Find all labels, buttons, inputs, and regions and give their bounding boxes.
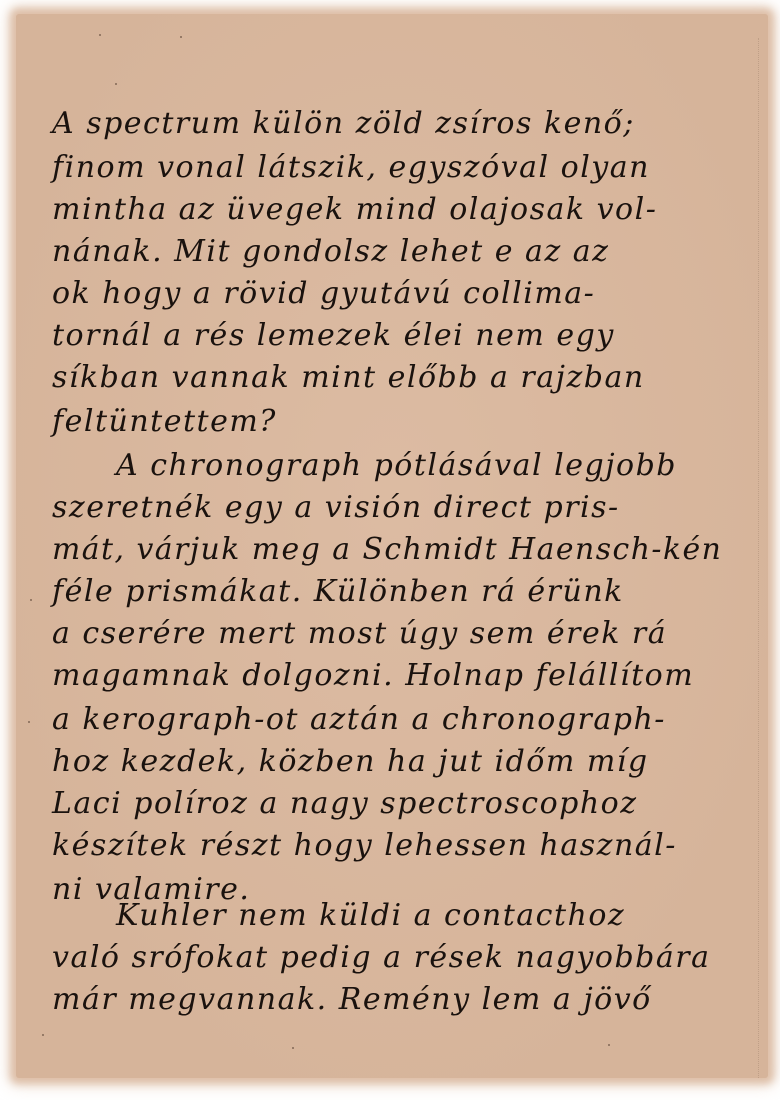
text-line: féle prismákat. Különben rá érünk	[52, 574, 624, 609]
text-line: mintha az üvegek mind olajosak vol-	[52, 192, 657, 227]
fold-line	[758, 38, 759, 1078]
ink-speck	[292, 1047, 294, 1049]
text-line: a kerograph-ot aztán a chronograph-	[52, 702, 666, 737]
text-line: nának. Mit gondolsz lehet e az az	[52, 234, 609, 269]
text-line: feltüntettem?	[52, 404, 277, 439]
text-line: tornál a rés lemezek élei nem egy	[52, 318, 615, 353]
text-line: készítek részt hogy lehessen használ-	[52, 828, 677, 863]
text-line: ok hogy a rövid gyutávú collima-	[52, 276, 595, 311]
text-line: hoz kezdek, közben ha jut időm míg	[52, 744, 649, 779]
ink-speck	[30, 599, 32, 601]
text-line: a cserére mert most úgy sem érek rá	[52, 616, 667, 651]
text-line: való srófokat pedig a rések nagyobbára	[52, 940, 710, 975]
text-line: síkban vannak mint előbb a rajzban	[52, 360, 645, 395]
text-line: Kuhler nem küldi a contacthoz	[116, 898, 625, 933]
ink-speck	[99, 34, 101, 36]
letter-page: A spectrum külön zöld zsíros kenő; finom…	[16, 14, 768, 1078]
ink-speck	[28, 721, 30, 723]
text-line: A spectrum külön zöld zsíros kenő;	[52, 106, 635, 141]
text-line: mát, várjuk meg a Schmidt Haensch-kén	[52, 532, 722, 567]
text-line: szeretnék egy a visión direct pris-	[52, 490, 620, 525]
text-line: magamnak dolgozni. Holnap felállítom	[52, 658, 694, 693]
text-line: már megvannak. Remény lem a jövő	[52, 982, 652, 1017]
text-line: finom vonal látszik, egyszóval olyan	[52, 150, 650, 185]
ink-speck	[608, 1044, 610, 1046]
text-line: Laci políroz a nagy spectroscophoz	[52, 786, 638, 821]
ink-speck	[42, 1034, 44, 1036]
ink-speck	[115, 83, 117, 85]
text-line: A chronograph pótlásával legjobb	[116, 448, 677, 483]
ink-speck	[180, 36, 182, 38]
